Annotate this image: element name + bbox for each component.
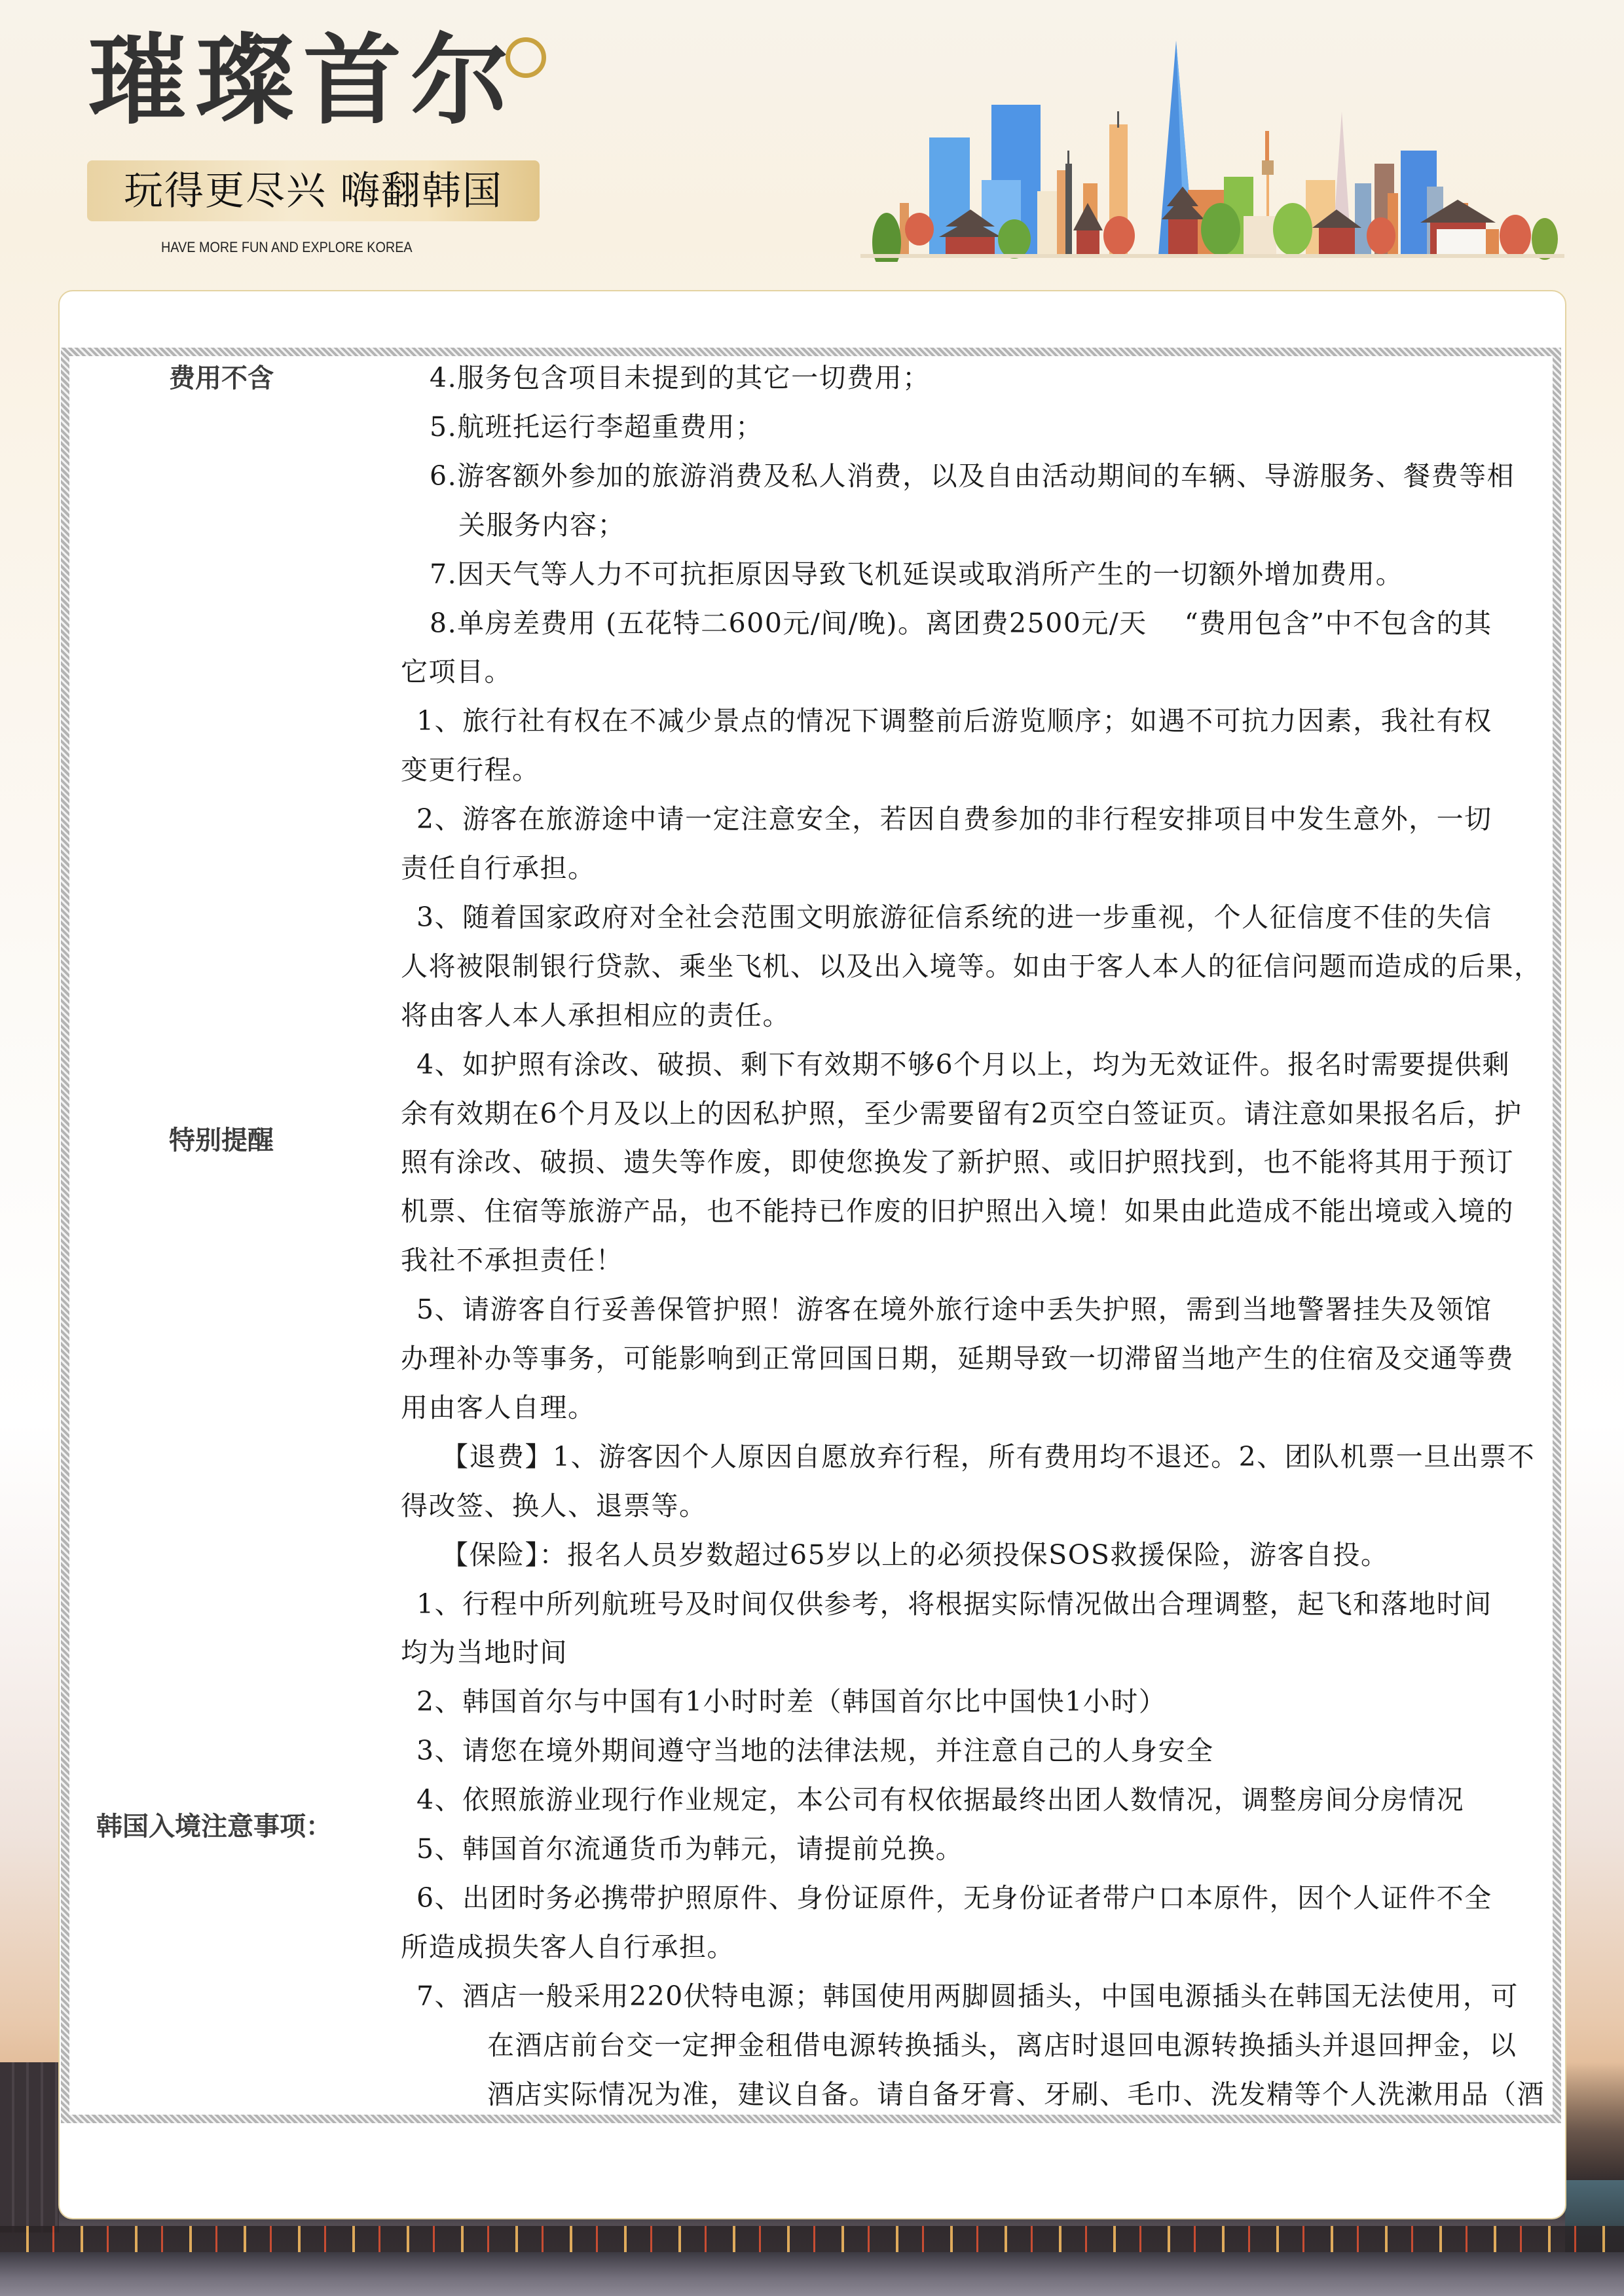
body-text-line: 1、旅行社有权在不减少景点的情况下调整前后游览顺序；如遇不可抗力因素，我社有权 bbox=[401, 697, 1556, 746]
subtitle-text: 玩得更尽兴 嗨翻韩国 bbox=[124, 172, 503, 211]
city-buildings-left bbox=[0, 2062, 59, 2232]
body-text-line: 8.单房差费用 (五花特二600元/间/晚)。离团费2500元/天 “费用包含”… bbox=[401, 599, 1569, 648]
body-text-line: 人将被限制银行贷款、乘坐飞机、以及出入境等。如由于客人本人的征信问题而造成的后果… bbox=[401, 942, 1540, 991]
body-text-line: 我社不承担责任！ bbox=[401, 1236, 1540, 1285]
body-text-line: 5.航班托运行李超重费用； bbox=[401, 403, 1569, 452]
body-text-line: 5、请游客自行妥善保管护照！游客在境外旅行途中丢失护照，需到当地警署挂失及领馆 bbox=[401, 1285, 1556, 1334]
body-text-line: 得改签、换人、退票等。 bbox=[401, 1482, 1540, 1531]
body-text-line: 它项目。 bbox=[401, 647, 1540, 697]
body-text-line: 7、酒店一般采用220伏特电源；韩国使用两脚圆插头，中国电源插头在韩国无法使用，… bbox=[401, 1972, 1556, 2021]
seoul-skyline-illustration bbox=[860, 20, 1564, 262]
body-text-line: 余有效期在6个月及以上的因私护照，至少需要留有2页空白签证页。请注意如果报名后，… bbox=[401, 1089, 1540, 1139]
body-text-line: 1、行程中所列航班号及时间仅供参考，将根据实际情况做出合理调整，起飞和落地时间 bbox=[401, 1580, 1556, 1629]
body-text-line: 酒店实际情况为准，建议自备。请自备牙膏、牙刷、毛巾、洗发精等个人洗漱用品（酒 bbox=[401, 2070, 1624, 2119]
body-text-line: 用由客人自理。 bbox=[401, 1383, 1540, 1432]
body-text-line: 机票、住宿等旅游产品，也不能持已作废的旧护照出入境！如果由此造成不能出境或入境的 bbox=[401, 1187, 1540, 1236]
body-text-line: 均为当地时间 bbox=[401, 1628, 1540, 1677]
body-text-line: 【保险】：报名人员岁数超过65岁以上的必须投保SOS救援保险，游客自投。 bbox=[401, 1531, 1581, 1580]
body-text-line: 关服务内容； bbox=[401, 501, 1598, 550]
section-label-excluded-fees: 费用不含 bbox=[169, 365, 274, 392]
body-text-line: 【退费】1、游客因个人原因自愿放弃行程，所有费用均不退还。2、团队机票一旦出票不 bbox=[401, 1432, 1581, 1482]
body-text-line: 责任自行承担。 bbox=[401, 844, 1540, 893]
body-text-line: 照有涂改、破损、遗失等作废，即使您换发了新护照、或旧护照找到，也不能将其用于预订 bbox=[401, 1138, 1540, 1187]
body-text-line: 4、依照旅游业现行作业规定，本公司有权依据最终出团人数情况，调整房间分房情况 bbox=[401, 1776, 1556, 1825]
body-text-line: 在酒店前台交一定押金租借电源转换插头，离店时退回电源转换插头并退回押金，以 bbox=[401, 2021, 1624, 2070]
body-text-line: 变更行程。 bbox=[401, 746, 1540, 795]
body-text-line: 3、请您在境外期间遵守当地的法律法规，并注意自己的人身安全 bbox=[401, 1726, 1556, 1776]
bridge-lights bbox=[0, 2226, 1624, 2252]
body-text-line: 4.服务包含项目未提到的其它一切费用； bbox=[401, 354, 1569, 403]
body-text-line: 6、出团时务必携带护照原件、身份证原件，无身份证者带户口本原件，因个人证件不全 bbox=[401, 1874, 1556, 1923]
tagline: HAVE MORE FUN AND EXPLORE KOREA bbox=[161, 239, 413, 256]
body-text-line: 5、韩国首尔流通货币为韩元，请提前兑换。 bbox=[401, 1825, 1556, 1874]
page-title: 璀璨首尔 bbox=[88, 31, 518, 130]
river-water bbox=[0, 2252, 1624, 2296]
body-text-line: 6.游客额外参加的旅游消费及私人消费，以及自由活动期间的车辆、导游服务、餐费等相 bbox=[401, 452, 1569, 501]
body-text-line: 2、游客在旅游途中请一定注意安全，若因自费参加的非行程安排项目中发生意外，一切 bbox=[401, 795, 1556, 844]
body-text-line: 7.因天气等人力不可抗拒原因导致飞机延误或取消所产生的一切额外增加费用。 bbox=[401, 550, 1569, 599]
section-label-special-reminder: 特别提醒 bbox=[169, 1127, 274, 1154]
section-label-korea-entry-notes: 韩国入境注意事项： bbox=[96, 1813, 332, 1840]
subtitle-banner: 玩得更尽兴 嗨翻韩国 bbox=[87, 160, 540, 221]
body-text-line: 4、如护照有涂改、破损、剩下有效期不够6个月以上，均为无效证件。报名时需要提供剩 bbox=[401, 1040, 1556, 1089]
body-text-line: 所造成损失客人自行承担。 bbox=[401, 1923, 1540, 1972]
decorative-ring-icon bbox=[506, 37, 546, 78]
body-text-line: 3、随着国家政府对全社会范围文明旅游征信系统的进一步重视，个人征信度不佳的失信 bbox=[401, 893, 1556, 942]
body-text-line: 2、韩国首尔与中国有1小时时差（韩国首尔比中国快1小时） bbox=[401, 1677, 1556, 1726]
body-text-line: 办理补办等事务，可能影响到正常回国日期，延期导致一切滞留当地产生的住宿及交通等费 bbox=[401, 1334, 1540, 1383]
body-text-line: 将由客人本人承担相应的责任。 bbox=[401, 991, 1540, 1040]
